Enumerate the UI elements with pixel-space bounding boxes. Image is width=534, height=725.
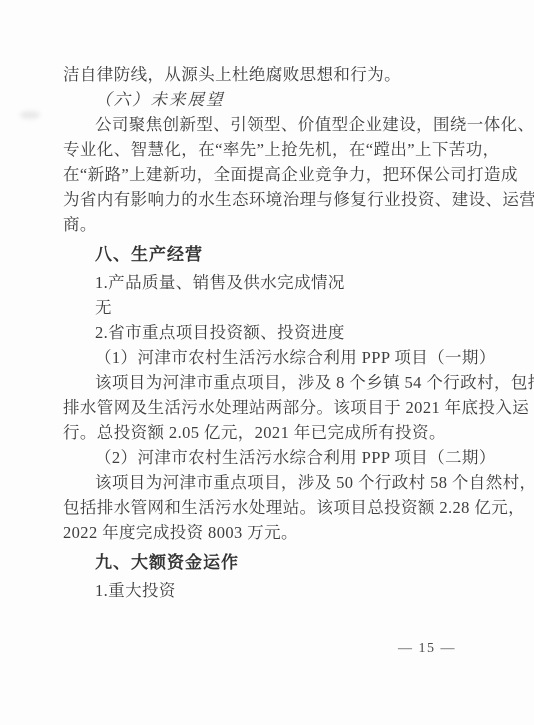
paragraph-line: 该项目为河津市重点项目，涉及 50 个行政村 58 个自然村，: [63, 470, 491, 495]
page-number: — 15 —: [398, 641, 456, 657]
list-item-line: 1.重大投资: [63, 578, 491, 603]
scan-artifact: [20, 111, 40, 119]
paragraph-line: 行。总投资额 2.05 亿元，2021 年已完成所有投资。: [63, 420, 491, 445]
list-item-line: 2.省市重点项目投资额、投资进度: [63, 320, 491, 345]
section-heading: 八、生产经营: [63, 242, 491, 267]
list-item-line: （2）河津市农村生活污水综合利用 PPP 项目（二期）: [63, 445, 491, 470]
paragraph-line: 包括排水管网和生活污水处理站。该项目总投资额 2.28 亿元，: [63, 495, 491, 520]
paragraph-line: 专业化、智慧化，在“率先”上抢先机，在“蹚出”上下苦功，: [63, 137, 491, 162]
document-page: 洁自律防线，从源头上杜绝腐败思想和行为。 （六）未来展望 公司聚焦创新型、引领型…: [0, 0, 534, 725]
paragraph-line: 公司聚焦创新型、引领型、价值型企业建设，围绕一体化、: [63, 112, 491, 137]
paragraph-line: 洁自律防线，从源头上杜绝腐败思想和行为。: [63, 62, 491, 87]
paragraph-line: 商。: [63, 212, 491, 237]
section-subheading: （六）未来展望: [63, 87, 491, 112]
paragraph-line: 为省内有影响力的水生态环境治理与修复行业投资、建设、运营: [63, 187, 491, 212]
paragraph-line: 2022 年度完成投资 8003 万元。: [63, 520, 491, 545]
paragraph-line: 该项目为河津市重点项目，涉及 8 个乡镇 54 个行政村，包括: [63, 370, 491, 395]
section-heading: 九、大额资金运作: [63, 550, 491, 575]
list-item-line: （1）河津市农村生活污水综合利用 PPP 项目（一期）: [63, 345, 491, 370]
list-item-line: 1.产品质量、销售及供水完成情况: [63, 270, 491, 295]
document-body: 洁自律防线，从源头上杜绝腐败思想和行为。 （六）未来展望 公司聚焦创新型、引领型…: [63, 62, 491, 603]
paragraph-line: 排水管网及生活污水处理站两部分。该项目于 2021 年底投入运: [63, 395, 491, 420]
paragraph-line: 无: [63, 295, 491, 320]
paragraph-line: 在“新路”上建新功，全面提高企业竞争力，把环保公司打造成: [63, 162, 491, 187]
